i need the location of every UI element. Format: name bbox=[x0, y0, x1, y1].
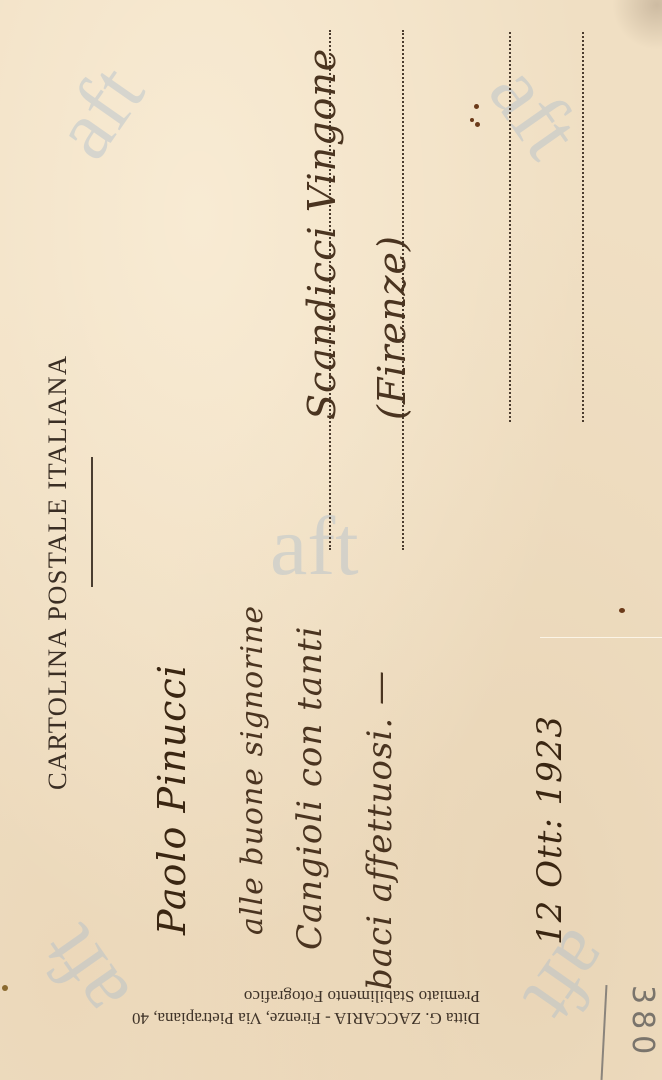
address-province: (Firenze) bbox=[370, 235, 414, 420]
imprint-line-2: Premiato Stabilimento Fotografico bbox=[70, 985, 480, 1007]
message-line-2: alle buone signorine bbox=[235, 605, 270, 935]
stamp-divider-rule bbox=[91, 457, 93, 587]
message-line-3: Cangioli con tanti bbox=[290, 626, 330, 950]
watermark: aft bbox=[270, 505, 359, 589]
address-line-4 bbox=[582, 32, 584, 422]
watermark: aft bbox=[39, 52, 159, 173]
foxing-spot bbox=[474, 104, 479, 109]
message-date: 12 Ott: 1923 bbox=[530, 715, 570, 945]
foxing-spot bbox=[470, 118, 474, 122]
printer-imprint: Ditta G. ZACCARIA - Firenze, Via Pietrap… bbox=[70, 985, 480, 1029]
foxing-spot bbox=[475, 122, 480, 127]
pencil-note: 380 bbox=[625, 985, 660, 1060]
imprint-line-1: Ditta G. ZACCARIA - Firenze, Via Pietrap… bbox=[70, 1007, 480, 1029]
paper-crease bbox=[540, 637, 662, 638]
message-line-1: Paolo Pinucci bbox=[150, 664, 194, 935]
address-town: Scandicci Vingone bbox=[300, 48, 344, 420]
address-line-3 bbox=[509, 32, 511, 422]
postcard-back: aft aft aft aft aft CARTOLINA POSTALE IT… bbox=[0, 0, 662, 1080]
foxing-spot bbox=[2, 985, 8, 991]
watermark: aft bbox=[474, 52, 594, 173]
corner-shadow bbox=[612, 0, 662, 50]
postcard-heading: CARTOLINA POSTALE ITALIANA bbox=[42, 355, 73, 790]
message-line-4: baci affettuosi. — bbox=[360, 670, 400, 990]
foxing-spot bbox=[619, 608, 625, 613]
